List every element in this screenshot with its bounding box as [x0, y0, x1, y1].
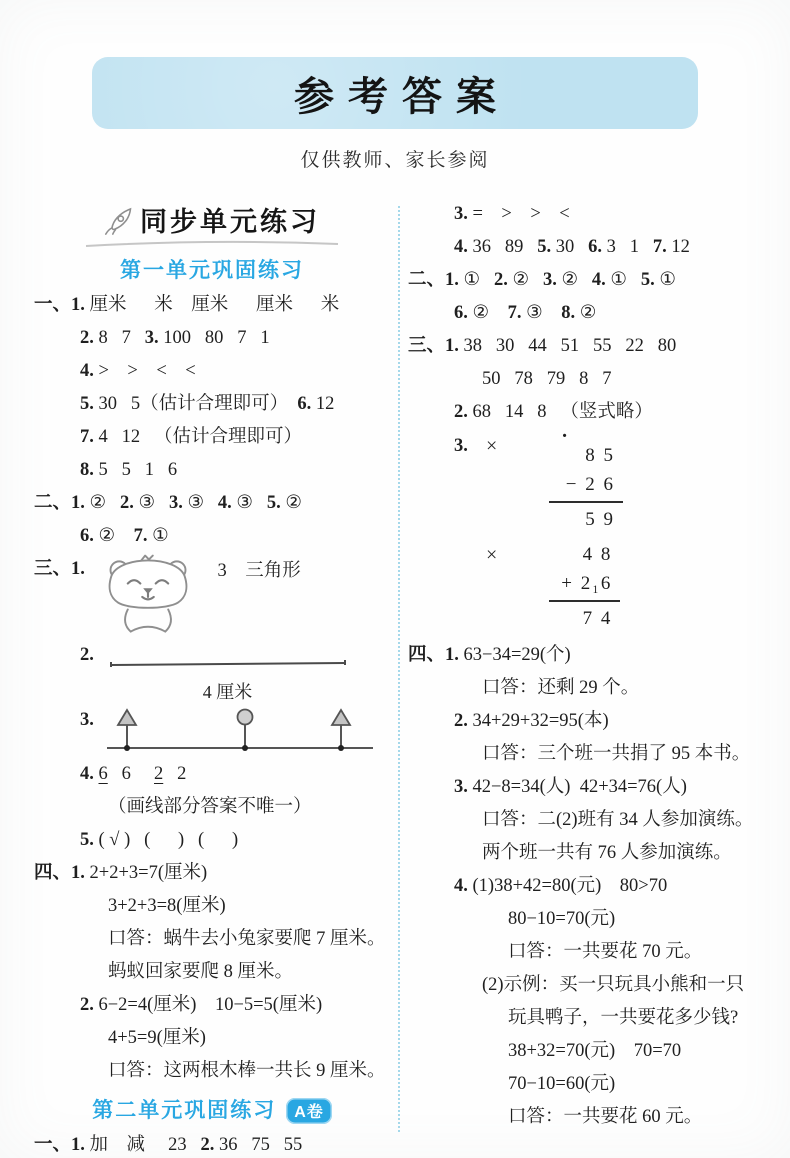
answer-text: ①	[606, 270, 641, 290]
answer-text: 7.	[653, 237, 667, 257]
answer-line: 80−10=70(元)	[408, 903, 780, 936]
item-marker: 2.	[80, 639, 99, 672]
page-title: 参考答案	[280, 65, 510, 122]
answer-text: 口答：这两根木棒一共长 9 厘米。	[108, 1061, 386, 1081]
answer-text: (1)38+42=80(元) 80>70	[468, 876, 667, 896]
column-divider	[398, 206, 400, 1132]
answer-line: 4. 36 89 5. 30 6. 3 1 7. 12	[408, 231, 780, 264]
vertical-calc-row: − 2 6	[561, 470, 615, 499]
sum-rule	[549, 600, 620, 602]
item-marker: 3.	[454, 431, 484, 461]
answer-line: 口答：一共要花 60 元。	[408, 1101, 780, 1134]
answer-line: 8. 5 5 1 6	[34, 454, 390, 487]
answer-text: 80−10=70(元)	[508, 909, 615, 929]
answer-text: 30 5（估计合理即可）	[94, 394, 298, 414]
answer-line: 5. ( √ ) ( ) ( )	[34, 824, 390, 857]
audience-note: 仅供教师、家长参阅	[0, 145, 790, 172]
answer-line: 2. 68 14 8 （竖式略）	[408, 396, 780, 429]
answer-text: 口答：三个班一共捐了 95 本书。	[482, 744, 750, 764]
answer-text: 12	[667, 237, 690, 257]
answer-key-page: 参考答案 仅供教师、家长参阅 同步单元练习第一单元巩固练习一、1. 厘米 米 厘…	[0, 0, 790, 1158]
answer-line: 4+5=9(厘米)	[34, 1022, 390, 1055]
answer-text: 二、1.	[34, 493, 85, 513]
segment-length-label: 4 厘米	[109, 680, 347, 704]
answer-text: 2.	[494, 270, 508, 290]
answer-text: ②	[508, 270, 543, 290]
answer-text: 36 89	[468, 237, 537, 257]
answer-text: 42−8=34(人) 42+34=76(人)	[468, 777, 687, 797]
two-column-area: 同步单元练习第一单元巩固练习一、1. 厘米 米 厘米 厘米 米2. 8 7 3.…	[0, 198, 790, 1158]
answer-text: 12	[311, 394, 334, 414]
correction-dot: ·	[561, 431, 615, 441]
answer-text: ③	[134, 493, 169, 513]
answer-text: 4+5=9(厘米)	[108, 1028, 206, 1048]
answer-text: = > > <	[468, 204, 570, 224]
answer-text: ①	[655, 270, 676, 290]
answer-text: ②	[557, 270, 592, 290]
answer-line: 70−10=60(元)	[408, 1068, 780, 1101]
answer-text: 二、1.	[408, 270, 459, 290]
answer-line: 四、1. 63−34=29(个)	[408, 639, 780, 672]
answer-text: 3+2+3=8(厘米)	[108, 896, 226, 916]
answer-text: 三、1.	[408, 336, 459, 356]
answer-line: 三、1. 3 三角形	[34, 553, 390, 639]
answer-line: 38+32=70(元) 70=70	[408, 1035, 780, 1068]
left-column: 同步单元练习第一单元巩固练习一、1. 厘米 米 厘米 厘米 米2. 8 7 3.…	[34, 198, 390, 1158]
answer-text: 6	[99, 764, 108, 784]
answer-text: ③	[232, 493, 267, 513]
answer-line: 3. = > > <	[408, 198, 780, 231]
answer-text: 口答：一共要花 60 元。	[508, 1107, 702, 1127]
answer-text: 4.	[218, 493, 232, 513]
rocket-icon	[104, 205, 134, 235]
answer-text: 蚂蚁回家要爬 8 厘米。	[108, 962, 293, 982]
item-marker: 3.	[80, 704, 99, 737]
answer-text: 口答：蜗牛去小兔家要爬 7 厘米。	[108, 929, 386, 949]
answer-text: 6.	[297, 394, 311, 414]
answer-text: 8.	[80, 460, 94, 480]
answer-text: 2.	[201, 1135, 215, 1155]
answer-text: 3 1	[602, 237, 653, 257]
section-title: 同步单元练习	[140, 207, 320, 237]
vertical-calculation: 3.×·8 5− 2 65 9	[408, 431, 780, 534]
answer-text: 50 78 79 8 7	[482, 369, 612, 389]
answer-line: 4. 6 6 2 2	[34, 758, 390, 791]
title-banner: 参考答案	[92, 57, 698, 129]
answer-text: 3.	[543, 270, 557, 290]
answer-text: 2	[163, 764, 186, 784]
answer-text: 2.	[454, 402, 468, 422]
answer-line: 3+2+3=8(厘米)	[34, 890, 390, 923]
item-marker: 三、1.	[34, 553, 90, 586]
answer-text: 口答：一共要花 70 元。	[508, 942, 702, 962]
answer-text: 一、1.	[34, 295, 85, 315]
answer-text: 3 三角形	[218, 555, 301, 588]
answer-text: ②	[281, 493, 302, 513]
answer-text: ③	[183, 493, 218, 513]
unit-heading: 第一单元巩固练习	[34, 254, 390, 284]
line-segment-drawing	[109, 658, 347, 668]
answer-text: 70−10=60(元)	[508, 1074, 615, 1094]
answer-line: 一、1. 加 减 23 2. 36 75 55	[34, 1129, 390, 1158]
answer-line: 2. 34+29+32=95(本)	[408, 705, 780, 738]
answer-line: 二、1. ① 2. ② 3. ② 4. ① 5. ①	[408, 264, 780, 297]
answer-text: 2.	[454, 711, 468, 731]
cross-mark-icon: ×	[486, 431, 497, 461]
answer-text: 2.	[80, 995, 94, 1015]
unit-heading-text: 第一单元巩固练习	[120, 259, 304, 282]
answer-text: 6	[108, 764, 154, 784]
answer-text: 7.	[134, 526, 148, 546]
answer-text: 加 减 23	[85, 1135, 201, 1155]
answer-line: 口答：还剩 29 个。	[408, 672, 780, 705]
answer-text: 口答：还剩 29 个。	[482, 678, 639, 698]
answer-text: (2)示例：买一只玩具小熊和一只	[482, 975, 744, 995]
answer-text: 6.	[454, 303, 468, 323]
answer-text: 34+29+32=95(本)	[468, 711, 609, 731]
answer-text: 5.	[537, 237, 551, 257]
answer-text: 2.	[80, 328, 94, 348]
segment-drawing-with-label: 4 厘米	[109, 647, 347, 704]
answer-text: 6−2=4(厘米) 10−5=5(厘米)	[94, 995, 322, 1015]
answer-text: 3.	[454, 777, 468, 797]
answer-text: 3.	[145, 328, 159, 348]
vertical-calc-row: 7 4	[561, 604, 612, 633]
answer-text: 30	[551, 237, 588, 257]
answer-line: 口答：三个班一共捐了 95 本书。	[408, 738, 780, 771]
answer-text: 68 14 8 （竖式略）	[468, 402, 653, 422]
cross-mark-icon: ×	[486, 540, 497, 570]
answer-line: 蚂蚁回家要爬 8 厘米。	[34, 956, 390, 989]
answer-text: 2	[154, 764, 163, 784]
vertical-calculation: ×4 8+ 2₁67 4	[408, 540, 780, 633]
answer-text: 3.	[169, 493, 183, 513]
answer-line: 口答：蜗牛去小兔家要爬 7 厘米。	[34, 923, 390, 956]
answer-text: ③	[521, 303, 561, 323]
vertical-calc-row: + 2₁6	[561, 569, 612, 598]
answer-line: 7. 4 12 （估计合理即可）	[34, 421, 390, 454]
answer-line: 2. 8 7 3. 100 80 7 1	[34, 322, 390, 355]
answer-line: 四、1. 2+2+3=7(厘米)	[34, 857, 390, 890]
answer-text: 4.	[80, 764, 94, 784]
answer-line: 3. 42−8=34(人) 42+34=76(人)	[408, 771, 780, 804]
answer-text: （画线部分答案不唯一）	[108, 797, 312, 817]
section-header: 同步单元练习	[34, 200, 390, 248]
answer-text: 4.	[454, 876, 468, 896]
answer-text: ( √ ) ( ) ( )	[94, 830, 238, 850]
answer-line: 2. 6−2=4(厘米) 10−5=5(厘米)	[34, 989, 390, 1022]
vertical-calc-row: 5 9	[561, 505, 615, 534]
answer-text: 2+2+3=7(厘米)	[85, 863, 207, 883]
exam-a-badge: A卷	[286, 1098, 332, 1124]
answer-text: 100 80 7 1	[159, 328, 270, 348]
answer-text: 两个班一共有 76 人参加演练。	[482, 843, 732, 863]
answer-text: 玩具鸭子，一共要花多少钱?	[508, 1008, 738, 1028]
answer-line: 口答：这两根木棒一共长 9 厘米。	[34, 1055, 390, 1088]
answer-text: 5 5 1 6	[94, 460, 177, 480]
answer-text: 6.	[80, 526, 94, 546]
answer-line: 4. > > < <	[34, 355, 390, 388]
answer-text: 36 75 55	[214, 1135, 302, 1155]
answer-text: 厘米 米 厘米 厘米 米	[85, 295, 339, 315]
answer-line: 三、1. 38 30 44 51 55 22 80	[408, 330, 780, 363]
answer-line: 6. ② 7. ①	[34, 520, 390, 553]
answer-text: 6.	[588, 237, 602, 257]
unit-heading: 第二单元巩固练习A卷	[34, 1094, 390, 1124]
answer-line: 6. ② 7. ③ 8. ②	[408, 297, 780, 330]
answer-line: 3.	[34, 704, 390, 758]
answer-text: 5.	[641, 270, 655, 290]
answer-line: 二、1. ② 2. ③ 3. ③ 4. ③ 5. ②	[34, 487, 390, 520]
bear-illustration	[98, 553, 198, 639]
unit-heading-text: 第二单元巩固练习	[92, 1099, 276, 1122]
answer-line: 口答：二(2)班有 34 人参加演练。	[408, 804, 780, 837]
answer-text: ②	[575, 303, 596, 323]
answer-text: ①	[459, 270, 494, 290]
answer-text: 7.	[508, 303, 522, 323]
answer-text: 四、1.	[34, 863, 85, 883]
answer-text: ①	[147, 526, 168, 546]
answer-text: 5.	[267, 493, 281, 513]
answer-text: 8 7	[94, 328, 145, 348]
answer-text: 38+32=70(元) 70=70	[508, 1041, 681, 1061]
flags-number-line-drawing	[105, 706, 375, 758]
answer-line: 玩具鸭子，一共要花多少钱?	[408, 1002, 780, 1035]
answer-line: 2. 4 厘米	[34, 639, 390, 704]
answer-text: 4.	[592, 270, 606, 290]
vertical-calc-column: ·8 5− 2 65 9	[561, 431, 615, 534]
answer-text: ②	[85, 493, 120, 513]
answer-text: 2.	[120, 493, 134, 513]
answer-text: 4 12 （估计合理即可）	[94, 427, 302, 447]
answer-line: （画线部分答案不唯一）	[34, 791, 390, 824]
answer-line: 50 78 79 8 7	[408, 363, 780, 396]
answer-text: > > < <	[94, 361, 196, 381]
answer-text: 口答：二(2)班有 34 人参加演练。	[482, 810, 753, 830]
answer-text: ②	[94, 526, 134, 546]
answer-line: 5. 30 5（估计合理即可） 6. 12	[34, 388, 390, 421]
answer-text: 4.	[80, 361, 94, 381]
answer-text: ②	[468, 303, 508, 323]
sum-rule	[549, 501, 623, 503]
heading-underline	[84, 238, 340, 248]
answer-text: 63−34=29(个)	[459, 645, 571, 665]
answer-line: 两个班一共有 76 人参加演练。	[408, 837, 780, 870]
vertical-calc-column: 4 8+ 2₁67 4	[561, 540, 612, 633]
answer-text: 5.	[80, 394, 94, 414]
answer-text: 5.	[80, 830, 94, 850]
answer-text: 4.	[454, 237, 468, 257]
answer-text: 3.	[454, 204, 468, 224]
right-column: 3. = > > <4. 36 89 5. 30 6. 3 1 7. 12二、1…	[408, 198, 780, 1158]
answer-text: 四、1.	[408, 645, 459, 665]
answer-line: 口答：一共要花 70 元。	[408, 936, 780, 969]
answer-text: 8.	[561, 303, 575, 323]
answer-line: (2)示例：买一只玩具小熊和一只	[408, 969, 780, 1002]
answer-line: 一、1. 厘米 米 厘米 厘米 米	[34, 289, 390, 322]
answer-text: 38 30 44 51 55 22 80	[459, 336, 676, 356]
answer-text: 7.	[80, 427, 94, 447]
answer-line: 4. (1)38+42=80(元) 80>70	[408, 870, 780, 903]
answer-text: 一、1.	[34, 1135, 85, 1155]
vertical-calc-row: 4 8	[561, 540, 612, 569]
